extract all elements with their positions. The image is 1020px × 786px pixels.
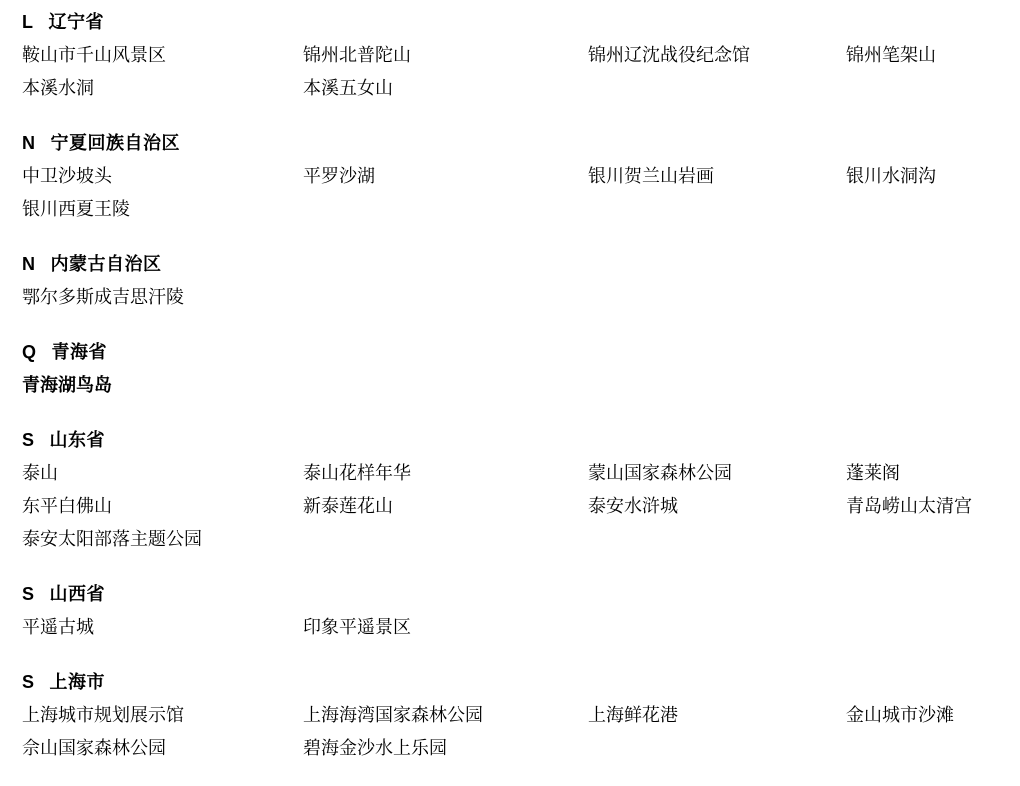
attraction-cell: 金山城市沙滩 xyxy=(846,699,1010,732)
attraction-cell: 上海海湾国家森林公园 xyxy=(303,699,588,732)
attraction-link[interactable]: 碧海金沙水上乐园 xyxy=(303,738,447,758)
attraction-cell: 锦州辽沈战役纪念馆 xyxy=(588,39,846,72)
attraction-link[interactable]: 蒙山国家森林公园 xyxy=(588,463,732,483)
province-section: Q青海省青海湖鸟岛 xyxy=(22,336,1010,402)
attraction-cell: 鄂尔多斯成吉思汗陵 xyxy=(22,281,303,314)
province-letter: S xyxy=(22,578,35,611)
attraction-cell: 青岛崂山太清宫 xyxy=(846,490,1010,523)
attraction-link[interactable]: 泰山花样年华 xyxy=(303,463,411,483)
attraction-row: 佘山国家森林公园碧海金沙水上乐园 xyxy=(22,732,1010,765)
province-section: S山东省泰山泰山花样年华蒙山国家森林公园蓬莱阁东平白佛山新泰莲花山泰安水浒城青岛… xyxy=(22,424,1010,556)
attraction-row: 本溪水洞本溪五女山 xyxy=(22,72,1010,105)
attraction-link[interactable]: 泰山 xyxy=(22,463,58,483)
attraction-cell: 本溪水洞 xyxy=(22,72,303,105)
attraction-row: 鄂尔多斯成吉思汗陵 xyxy=(22,281,1010,314)
attraction-cell: 鞍山市千山风景区 xyxy=(22,39,303,72)
attraction-cell: 锦州北普陀山 xyxy=(303,39,588,72)
attraction-link[interactable]: 上海鲜花港 xyxy=(588,705,678,725)
attraction-link[interactable]: 泰安水浒城 xyxy=(588,496,678,516)
province-letter: Q xyxy=(22,336,37,369)
attraction-link[interactable]: 青海湖鸟岛 xyxy=(22,375,112,395)
attraction-cell: 泰安水浒城 xyxy=(588,490,846,523)
province-header: Q青海省 xyxy=(22,336,1010,369)
province-header: S上海市 xyxy=(22,666,1010,699)
attraction-link[interactable]: 东平白佛山 xyxy=(22,496,112,516)
attraction-cell: 锦州笔架山 xyxy=(846,39,1010,72)
attraction-link[interactable]: 泰安太阳部落主题公园 xyxy=(22,529,202,549)
province-name: 宁夏回族自治区 xyxy=(51,133,181,153)
attraction-cell: 银川西夏王陵 xyxy=(22,193,303,226)
province-section: L辽宁省鞍山市千山风景区锦州北普陀山锦州辽沈战役纪念馆锦州笔架山本溪水洞本溪五女… xyxy=(22,6,1010,105)
attraction-cell: 蒙山国家森林公园 xyxy=(588,457,846,490)
attraction-cell: 碧海金沙水上乐园 xyxy=(303,732,588,765)
attraction-directory: L辽宁省鞍山市千山风景区锦州北普陀山锦州辽沈战役纪念馆锦州笔架山本溪水洞本溪五女… xyxy=(0,0,1020,765)
attraction-link[interactable]: 银川水洞沟 xyxy=(846,166,936,186)
attraction-link[interactable]: 鞍山市千山风景区 xyxy=(22,45,166,65)
province-letter: N xyxy=(22,248,36,281)
attraction-cell: 佘山国家森林公园 xyxy=(22,732,303,765)
attraction-cell: 蓬莱阁 xyxy=(846,457,1010,490)
attraction-link[interactable]: 本溪五女山 xyxy=(303,78,393,98)
province-header: N宁夏回族自治区 xyxy=(22,127,1010,160)
attraction-link[interactable]: 锦州北普陀山 xyxy=(303,45,411,65)
attraction-cell: 泰安太阳部落主题公园 xyxy=(22,523,303,556)
attraction-link[interactable]: 锦州辽沈战役纪念馆 xyxy=(588,45,750,65)
attraction-link[interactable]: 新泰莲花山 xyxy=(303,496,393,516)
attraction-link[interactable]: 平遥古城 xyxy=(22,617,94,637)
attraction-cell: 青海湖鸟岛 xyxy=(22,369,303,402)
province-name: 山西省 xyxy=(50,584,106,604)
province-letter: S xyxy=(22,666,35,699)
attraction-link[interactable]: 中卫沙坡头 xyxy=(22,166,112,186)
province-section: N内蒙古自治区鄂尔多斯成吉思汗陵 xyxy=(22,248,1010,314)
attraction-link[interactable]: 银川西夏王陵 xyxy=(22,199,130,219)
province-name: 上海市 xyxy=(50,672,106,692)
attraction-link[interactable]: 鄂尔多斯成吉思汗陵 xyxy=(22,287,184,307)
attraction-row: 泰安太阳部落主题公园 xyxy=(22,523,1010,556)
attraction-row: 平遥古城印象平遥景区 xyxy=(22,611,1010,644)
attraction-row: 青海湖鸟岛 xyxy=(22,369,1010,402)
attraction-link[interactable]: 蓬莱阁 xyxy=(846,463,900,483)
province-letter: L xyxy=(22,6,34,39)
attraction-cell: 印象平遥景区 xyxy=(303,611,588,644)
province-section: S上海市上海城市规划展示馆上海海湾国家森林公园上海鲜花港金山城市沙滩佘山国家森林… xyxy=(22,666,1010,765)
province-section: S山西省平遥古城印象平遥景区 xyxy=(22,578,1010,644)
attraction-cell: 泰山花样年华 xyxy=(303,457,588,490)
province-name: 青海省 xyxy=(52,342,108,362)
attraction-row: 上海城市规划展示馆上海海湾国家森林公园上海鲜花港金山城市沙滩 xyxy=(22,699,1010,732)
attraction-cell: 新泰莲花山 xyxy=(303,490,588,523)
province-letter: S xyxy=(22,424,35,457)
attraction-cell: 银川水洞沟 xyxy=(846,160,1010,193)
attraction-row: 东平白佛山新泰莲花山泰安水浒城青岛崂山太清宫 xyxy=(22,490,1010,523)
attraction-cell: 平罗沙湖 xyxy=(303,160,588,193)
attraction-cell: 东平白佛山 xyxy=(22,490,303,523)
province-name: 辽宁省 xyxy=(49,12,105,32)
attraction-cell: 上海城市规划展示馆 xyxy=(22,699,303,732)
attraction-link[interactable]: 银川贺兰山岩画 xyxy=(588,166,714,186)
province-section: N宁夏回族自治区中卫沙坡头平罗沙湖银川贺兰山岩画银川水洞沟银川西夏王陵 xyxy=(22,127,1010,226)
attraction-link[interactable]: 平罗沙湖 xyxy=(303,166,375,186)
province-header: L辽宁省 xyxy=(22,6,1010,39)
province-header: S山东省 xyxy=(22,424,1010,457)
attraction-link[interactable]: 金山城市沙滩 xyxy=(846,705,954,725)
province-name: 山东省 xyxy=(50,430,106,450)
attraction-cell: 泰山 xyxy=(22,457,303,490)
attraction-row: 泰山泰山花样年华蒙山国家森林公园蓬莱阁 xyxy=(22,457,1010,490)
attraction-link[interactable]: 青岛崂山太清宫 xyxy=(846,496,972,516)
attraction-cell: 银川贺兰山岩画 xyxy=(588,160,846,193)
province-letter: N xyxy=(22,127,36,160)
province-header: N内蒙古自治区 xyxy=(22,248,1010,281)
attraction-cell: 平遥古城 xyxy=(22,611,303,644)
attraction-link[interactable]: 本溪水洞 xyxy=(22,78,94,98)
attraction-link[interactable]: 佘山国家森林公园 xyxy=(22,738,166,758)
province-header: S山西省 xyxy=(22,578,1010,611)
attraction-cell: 本溪五女山 xyxy=(303,72,588,105)
attraction-link[interactable]: 上海海湾国家森林公园 xyxy=(303,705,483,725)
attraction-row: 银川西夏王陵 xyxy=(22,193,1010,226)
attraction-link[interactable]: 上海城市规划展示馆 xyxy=(22,705,184,725)
attraction-link[interactable]: 印象平遥景区 xyxy=(303,617,411,637)
attraction-row: 中卫沙坡头平罗沙湖银川贺兰山岩画银川水洞沟 xyxy=(22,160,1010,193)
province-name: 内蒙古自治区 xyxy=(51,254,162,274)
attraction-row: 鞍山市千山风景区锦州北普陀山锦州辽沈战役纪念馆锦州笔架山 xyxy=(22,39,1010,72)
attraction-cell: 中卫沙坡头 xyxy=(22,160,303,193)
attraction-link[interactable]: 锦州笔架山 xyxy=(846,45,936,65)
attraction-cell: 上海鲜花港 xyxy=(588,699,846,732)
